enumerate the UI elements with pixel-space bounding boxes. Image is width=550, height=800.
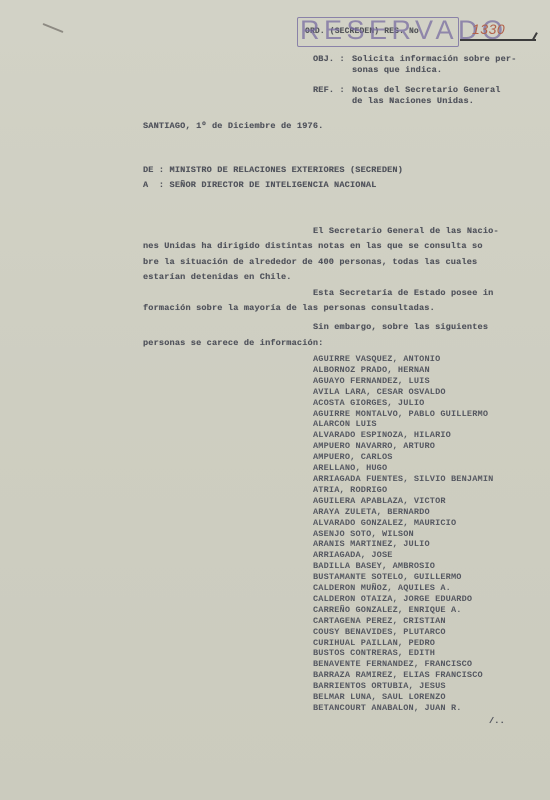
subject-line-2: sonas que indica.	[352, 65, 442, 75]
body-p3-line-1: Sin embargo, sobre las siguientes	[313, 322, 488, 332]
list-item: AMPUERO, CARLOS	[313, 452, 493, 463]
list-item: BELMAR LUNA, SAUL LORENZO	[313, 692, 493, 703]
list-item: AVILA LARA, CESAR OSVALDO	[313, 387, 493, 398]
list-item: CARREÑO GONZALEZ, ENRIQUE A.	[313, 605, 493, 616]
list-item: ATRIA, RODRIGO	[313, 485, 493, 496]
reference-label: REF. :	[313, 85, 345, 95]
to-line: A : SEÑOR DIRECTOR DE INTELIGENCIA NACIO…	[143, 180, 377, 190]
body-p1-line-3: bre la situación de alrededor de 400 per…	[143, 257, 477, 267]
body-p1-line-2: nes Unidas ha dirigido distintas notas e…	[143, 241, 483, 251]
list-item: AGUIRRE VASQUEZ, ANTONIO	[313, 354, 493, 365]
body-p1-line-1: El Secretario General de las Nacio-	[313, 226, 499, 236]
handwritten-underline	[460, 39, 536, 41]
list-item: BADILLA BASEY, AMBROSIO	[313, 561, 493, 572]
list-item: ALARCON LUIS	[313, 419, 493, 430]
list-item: CURIHUAL PAILLAN, PEDRO	[313, 638, 493, 649]
list-item: ACOSTA GIORGES, JULIO	[313, 398, 493, 409]
list-item: BETANCOURT ANABALON, JUAN R.	[313, 703, 493, 714]
reference-line-2: de las Naciones Unidas.	[352, 96, 474, 106]
date-line: SANTIAGO, 1º de Diciembre de 1976.	[143, 121, 323, 131]
subject-label: OBJ. :	[313, 54, 345, 64]
handwritten-number: 1330	[472, 21, 505, 37]
list-item: ARELLANO, HUGO	[313, 463, 493, 474]
list-item: ARRIAGADA FUENTES, SILVIO BENJAMIN	[313, 474, 493, 485]
list-item: ALVARADO ESPINOZA, HILARIO	[313, 430, 493, 441]
list-item: COUSY BENAVIDES, PLUTARCO	[313, 627, 493, 638]
reserved-stamp: RESERVADO	[300, 14, 456, 46]
body-p2-line-1: Esta Secretaría de Estado posee in	[313, 288, 493, 298]
list-item: ARAYA ZULETA, BERNARDO	[313, 507, 493, 518]
persons-list: AGUIRRE VASQUEZ, ANTONIO ALBORNOZ PRADO,…	[313, 354, 493, 714]
list-item: CARTAGENA PEREZ, CRISTIAN	[313, 616, 493, 627]
body-p2-line-2: formación sobre la mayoría de las person…	[143, 303, 435, 313]
list-item: BARRIENTOS ORTUBIA, JESUS	[313, 681, 493, 692]
list-item: ASENJO SOTO, WILSON	[313, 529, 493, 540]
list-item: CALDERON OTAIZA, JORGE EDUARDO	[313, 594, 493, 605]
list-item: AGUIRRE MONTALVO, PABLO GUILLERMO	[313, 409, 493, 420]
reference-line-1: Notas del Secretario General	[352, 85, 501, 95]
document-page: ORD. (SECREDEN) RES. No RESERVADO 1330 O…	[0, 0, 550, 800]
body-p3-line-2: personas se carece de información:	[143, 338, 323, 348]
list-item: ALBORNOZ PRADO, HERNAN	[313, 365, 493, 376]
list-item: AGUAYO FERNANDEZ, LUIS	[313, 376, 493, 387]
list-item: ARRIAGADA, JOSE	[313, 550, 493, 561]
list-item: BUSTAMANTE SOTELO, GUILLERMO	[313, 572, 493, 583]
list-item: ARANIS MARTINEZ, JULIO	[313, 539, 493, 550]
list-item: AMPUERO NAVARRO, ARTURO	[313, 441, 493, 452]
list-item: CALDERON MUÑOZ, AQUILES A.	[313, 583, 493, 594]
list-item: AGUILERA APABLAZA, VICTOR	[313, 496, 493, 507]
subject-line-1: Solicita información sobre per-	[352, 54, 517, 64]
from-line: DE : MINISTRO DE RELACIONES EXTERIORES (…	[143, 165, 403, 175]
list-item: ALVARADO GONZALEZ, MAURICIO	[313, 518, 493, 529]
staple-mark	[42, 23, 63, 33]
list-item: BUSTOS CONTRERAS, EDITH	[313, 648, 493, 659]
continuation-mark: /..	[489, 716, 505, 726]
list-item: BARRAZA RAMIREZ, ELIAS FRANCISCO	[313, 670, 493, 681]
body-p1-line-4: estarían detenidas en Chile.	[143, 272, 292, 282]
list-item: BENAVENTE FERNANDEZ, FRANCISCO	[313, 659, 493, 670]
